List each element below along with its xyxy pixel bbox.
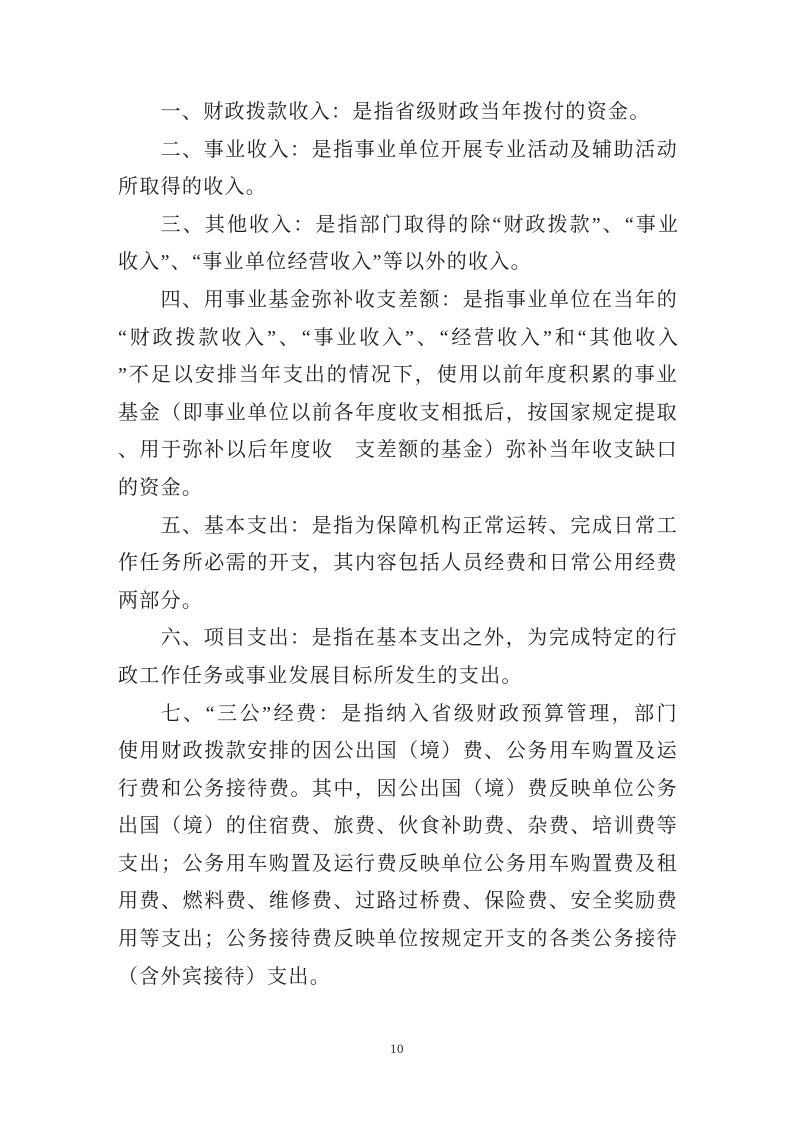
text-line: 用等支出；公务接待费反映单位按规定开支的各类公务接待 xyxy=(118,921,678,959)
paragraph-definition-7: 七、“三公”经费：是指纳入省级财政预算管理，部门 使用财政拨款安排的因公出国（境… xyxy=(118,696,678,997)
text-line: 三、其他收入：是指部门取得的除“财政拨款”、“事业 xyxy=(118,207,678,245)
text-line: 收入”、“事业单位经营收入”等以外的收入。 xyxy=(118,244,678,282)
text-line: 使用财政拨款安排的因公出国（境）费、公务用车购置及运 xyxy=(118,733,678,771)
paragraph-definition-4: 四、用事业基金弥补收支差额：是指事业单位在当年的 “财政拨款收入”、“事业收入”… xyxy=(118,282,678,508)
paragraph-definition-6: 六、项目支出：是指在基本支出之外，为完成特定的行 政工作任务或事业发展目标所发生… xyxy=(118,620,678,695)
text-line: 支出；公务用车购置及运行费反映单位公务用车购置费及租 xyxy=(118,846,678,884)
text-line: 所取得的收入。 xyxy=(118,169,678,207)
text-line: 行费和公务接待费。其中，因公出国（境）费反映单位公务 xyxy=(118,771,678,809)
page-footer: 10 xyxy=(0,1040,794,1058)
paragraph-definition-3: 三、其他收入：是指部门取得的除“财政拨款”、“事业 收入”、“事业单位经营收入”… xyxy=(118,207,678,282)
text-line: 基金（即事业单位以前各年度收支相抵后，按国家规定提取 xyxy=(118,395,678,433)
text-line: 七、“三公”经费：是指纳入省级财政预算管理，部门 xyxy=(118,696,678,734)
paragraph-definition-2: 二、事业收入：是指事业单位开展专业活动及辅助活动 所取得的收入。 xyxy=(118,132,678,207)
text-line: 作任务所必需的开支，其内容包括人员经费和日常公用经费 xyxy=(118,545,678,583)
text-line: 政工作任务或事业发展目标所发生的支出。 xyxy=(118,658,678,696)
page-number: 10 xyxy=(390,1041,404,1056)
text-line: 五、基本支出：是指为保障机构正常运转、完成日常工 xyxy=(118,508,678,546)
text-line: 两部分。 xyxy=(118,583,678,621)
text-line: 四、用事业基金弥补收支差额：是指事业单位在当年的 xyxy=(118,282,678,320)
text-line: 一、财政拨款收入：是指省级财政当年拨付的资金。 xyxy=(118,94,678,132)
document-content: 一、财政拨款收入：是指省级财政当年拨付的资金。 二、事业收入：是指事业单位开展专… xyxy=(118,94,678,996)
text-line: 二、事业收入：是指事业单位开展专业活动及辅助活动 xyxy=(118,132,678,170)
text-line: 六、项目支出：是指在基本支出之外，为完成特定的行 xyxy=(118,620,678,658)
text-line: 、用于弥补以后年度收 支差额的基金）弥补当年收支缺口 xyxy=(118,432,678,470)
text-line: 用费、燃料费、维修费、过路过桥费、保险费、安全奖励费 xyxy=(118,883,678,921)
text-line: 出国（境）的住宿费、旅费、伙食补助费、杂费、培训费等 xyxy=(118,808,678,846)
text-line: ”不足以安排当年支出的情况下，使用以前年度积累的事业 xyxy=(118,357,678,395)
text-line: 的资金。 xyxy=(118,470,678,508)
text-line: “财政拨款收入”、“事业收入”、“经营收入”和“其他收入 xyxy=(118,320,678,358)
paragraph-definition-1: 一、财政拨款收入：是指省级财政当年拨付的资金。 xyxy=(118,94,678,132)
paragraph-definition-5: 五、基本支出：是指为保障机构正常运转、完成日常工 作任务所必需的开支，其内容包括… xyxy=(118,508,678,621)
text-line: （含外宾接待）支出。 xyxy=(118,959,678,997)
